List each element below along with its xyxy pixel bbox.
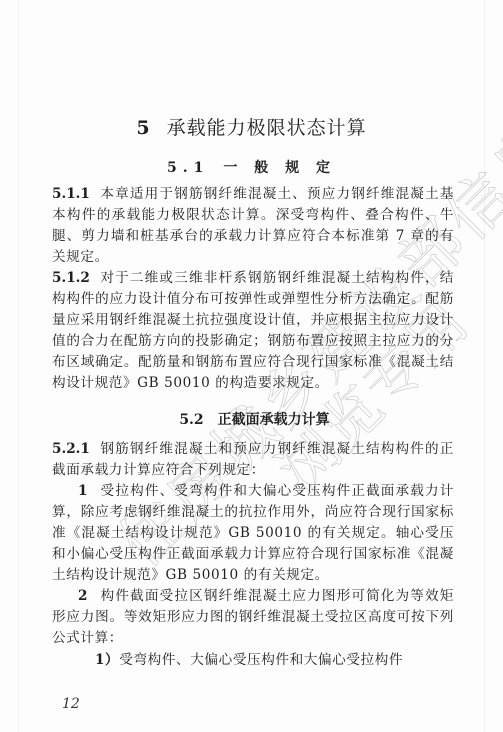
section-title-text: 一 般 规 定 [223, 160, 336, 176]
item-text: 构件截面受拉区钢纤维混凝土应力图形可简化为等效矩形应力图。等效矩形应力图的钢纤维… [52, 588, 454, 646]
section-title-text: 正截面承载力计算 [218, 412, 330, 428]
chapter-number: 5 [136, 117, 150, 139]
item-number: 2 [78, 588, 88, 604]
chapter-title-text: 承载能力极限状态计算 [167, 117, 367, 139]
clause-item-2: 2构件截面受拉区钢纤维混凝土应力图形可简化为等效矩形应力图。等效矩形应力图的钢纤… [52, 586, 454, 649]
clause-5-2-1: 5.2.1钢筋钢纤维混凝土和预应力钢纤维混凝土结构构件的正截面承载力计算应符合下… [52, 439, 454, 481]
subitem-text: 受弯构件、大偏心受压构件和大偏心受拉构件 [119, 652, 403, 668]
clause-5-1-1: 5.1.1本章适用于钢筋钢纤维混凝土、预应力钢纤维混凝土基本构件的承载能力极限状… [52, 184, 454, 268]
page-number: 12 [62, 696, 80, 712]
clause-number: 5.1.2 [52, 270, 90, 286]
section-number: 5.1 [167, 160, 209, 176]
subitem-number: 1） [95, 652, 119, 668]
chapter-title: 5承载能力极限状态计算 [0, 113, 503, 140]
clause-text: 对于二维或三维非杆系钢筋钢纤维混凝土结构构件，结构构件的应力设计值分布可按弹性或… [52, 270, 454, 391]
clause-text: 钢筋钢纤维混凝土和预应力钢纤维混凝土结构构件的正截面承载力计算应符合下列规定： [52, 441, 454, 478]
clause-subitem-1: 1）受弯构件、大偏心受压构件和大偏心受拉构件 [52, 650, 454, 671]
clause-5-1-2: 5.1.2对于二维或三维非杆系钢筋钢纤维混凝土结构构件，结构构件的应力设计值分布… [52, 268, 454, 394]
page-edge-left [18, 0, 19, 732]
clause-number: 5.2.1 [52, 441, 90, 457]
item-number: 1 [78, 483, 88, 499]
section-title-5-2: 5.2正截面承载力计算 [6, 409, 503, 429]
section-title-5-1: 5.1一 般 规 定 [0, 157, 503, 177]
clause-text: 本章适用于钢筋钢纤维混凝土、预应力钢纤维混凝土基本构件的承载能力极限状态计算。深… [52, 186, 454, 265]
clause-number: 5.1.1 [52, 186, 90, 202]
page-edge-right [484, 0, 485, 732]
item-text: 受拉构件、受弯构件和大偏心受压构件正截面承载力计算，除应考虑钢纤维混凝土的抗拉作… [52, 483, 454, 583]
clause-item-1: 1受拉构件、受弯构件和大偏心受压构件正截面承载力计算，除应考虑钢纤维混凝土的抗拉… [52, 481, 454, 586]
section-number: 5.2 [179, 412, 203, 428]
